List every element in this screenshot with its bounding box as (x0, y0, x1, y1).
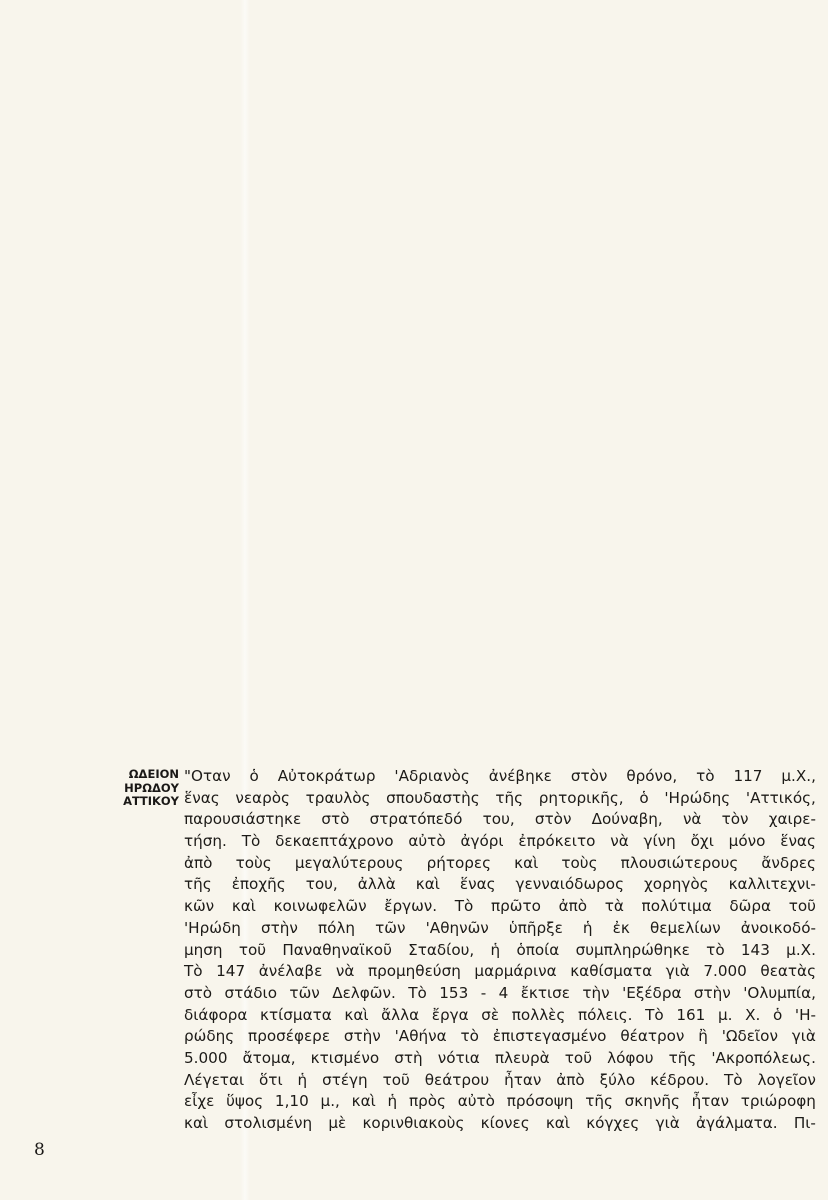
word: - (481, 983, 486, 1005)
word: καὶ (546, 1113, 570, 1135)
word: ἡ (388, 1091, 398, 1113)
word: νότια (438, 1048, 480, 1070)
word: τοῦ (789, 896, 816, 918)
word: σὲ (481, 1005, 499, 1027)
word: 147 (216, 961, 245, 983)
word: στὸν (571, 766, 608, 788)
text-line: διάφορακτίσματακαὶἄλλαἔργασὲπολλὲςπόλεις… (184, 1005, 816, 1027)
word: καλλιτεχνι- (729, 874, 816, 896)
word: ὕψος (226, 1091, 263, 1113)
word: γιὰ (666, 961, 690, 983)
word: 'Αθήνα (395, 1026, 447, 1048)
word: στὸ (321, 809, 349, 831)
word: τῆς (495, 788, 523, 810)
body-paragraph: "ΟτανὁΑὐτοκράτωρ'Αδριανὸςἀνέβηκεστὸνθρόν… (184, 766, 816, 1135)
text-line: καὶστολισμένημὲκορινθιακοὺςκίονεςκαὶκόγχ… (184, 1113, 816, 1135)
word: θεάτρου (425, 1070, 489, 1092)
word: ἄτομα, (243, 1048, 296, 1070)
text-line: 'Ηρώδηστὴνπόλητῶν'Αθηνῶνὑπῆρξεἡἐκθεμελίω… (184, 918, 816, 940)
word: πολλὲς (512, 1005, 566, 1027)
word: 4 (499, 983, 509, 1005)
word: ἀπὸ (559, 896, 587, 918)
word: τριώροφη (741, 1091, 816, 1113)
word: ἀγάλματα. (696, 1113, 778, 1135)
word: κτίσματα (260, 1005, 332, 1027)
word: ἡ (491, 940, 501, 962)
word: καὶ (344, 1005, 368, 1027)
word: ἕνας (460, 874, 496, 896)
word: κόγχες (586, 1113, 639, 1135)
text-line: παρουσιάστηκεστὸστρατόπεδότου,στὸνΔούναβ… (184, 809, 816, 831)
word: 'Εξέδρα (622, 983, 681, 1005)
word: τῶν (375, 918, 405, 940)
word: νὰ (683, 809, 702, 831)
word: πρὸς (409, 1091, 446, 1113)
word: ἐποχῆς (232, 874, 286, 896)
word: στολισμένη (224, 1113, 312, 1135)
word: Παναθηναϊκοῦ (282, 940, 392, 962)
word: λογεῖον (758, 1070, 816, 1092)
word: μηση (184, 940, 223, 962)
word: πρόσοψη (507, 1091, 574, 1113)
word: τὴν (582, 983, 609, 1005)
word: αὐτὸ (408, 831, 445, 853)
word: στὴ (394, 1048, 422, 1070)
word: τοῦ (565, 1048, 592, 1070)
word: διάφορα (184, 1005, 247, 1027)
word: μ.Χ. (786, 940, 816, 962)
section-heading: ΩΔΕΙΟΝ ΗΡΩΔΟΥ ΑΤΤΙΚΟΥ (100, 768, 179, 809)
text-line: μησητοῦΠαναθηναϊκοῦΣταδίου,ἡὁποίασυμπληρ… (184, 940, 816, 962)
word: ξύλο (600, 1070, 636, 1092)
word: ὁ (250, 766, 259, 788)
word: τήση. (184, 831, 227, 853)
page-number: 8 (34, 1140, 45, 1160)
word: τῆς (585, 1091, 613, 1113)
word: νεαρὸς (235, 788, 290, 810)
word: τῆς (184, 874, 212, 896)
word: δεκαεπτάχρονο (275, 831, 393, 853)
word: ἐπιστεγασμένο (493, 1026, 607, 1048)
word: στὴν (344, 1026, 381, 1048)
text-line: Τὸ147ἀνέλαβενὰπρομηθεύσημαρμάρινακαθίσμα… (184, 961, 816, 983)
word: εἶχε (184, 1091, 214, 1113)
word: σκηνῆς (625, 1091, 680, 1113)
word: μαρμάρινα (474, 961, 556, 983)
word: Τὸ (724, 1070, 743, 1092)
word: γίνη (644, 831, 676, 853)
word: τὸ (696, 766, 714, 788)
word: ἀπὸ (184, 853, 212, 875)
word: ἀνοικοδό- (741, 918, 816, 940)
word: 'Ολυμπία, (743, 983, 816, 1005)
word: καὶ (232, 896, 256, 918)
word: λόφου (607, 1048, 653, 1070)
word: στὸν (535, 809, 572, 831)
word: ἢ (698, 1026, 708, 1048)
text-line: τήση.Τὸδεκαεπτάχρονοαὐτὸἀγόριἐπρόκειτονὰ… (184, 831, 816, 853)
word: τραυλὸς (306, 788, 371, 810)
word: ἀνέλαβε (259, 961, 323, 983)
word: 5.000 (184, 1048, 227, 1070)
word: ἕνας (184, 788, 220, 810)
word: κῶν (184, 896, 214, 918)
word: προμηθεύση (368, 961, 461, 983)
word: του, (306, 874, 338, 896)
word: ρώδης (184, 1026, 234, 1048)
word: στάδιο (224, 983, 277, 1005)
word: 'Ωδεῖον (722, 1026, 778, 1048)
word: τῆς (669, 1048, 697, 1070)
word: Δούναβη, (592, 809, 663, 831)
word: πλουσιώτερους (621, 853, 739, 875)
word: μ. (718, 1005, 733, 1027)
word: Τὸ (455, 896, 474, 918)
word: κίονες (481, 1113, 530, 1135)
word: ὄχι (691, 831, 714, 853)
word: καθίσματα (570, 961, 652, 983)
word: 161 (676, 1005, 705, 1027)
word: Λέγεται (184, 1070, 244, 1092)
word: προσέφερε (248, 1026, 330, 1048)
word: τὸ (460, 1026, 478, 1048)
text-line: στὸστάδιοτῶνΔελφῶν.Τὸ153-4ἔκτισετὴν'Εξέδ… (184, 983, 816, 1005)
heading-line-3: ΑΤΤΙΚΟΥ (100, 795, 179, 809)
word: κοινωφελῶν (274, 896, 367, 918)
word: τῶν (289, 983, 319, 1005)
word: πρῶτο (491, 896, 541, 918)
word: ἄλλα (381, 1005, 419, 1027)
word: σπουδαστὴς (386, 788, 479, 810)
word: 'Ηρώδη (184, 918, 241, 940)
word: 1,10 (275, 1091, 309, 1113)
word: μόνο (729, 831, 766, 853)
word: ἡ (583, 918, 593, 940)
word: του, (483, 809, 515, 831)
word: ἀπὸ (556, 1070, 584, 1092)
text-line: 5.000ἄτομα,κτισμένοστὴνότιαπλευρὰτοῦλόφο… (184, 1048, 816, 1070)
word: ἀλλὰ (358, 874, 396, 896)
text-line: τῆςἐποχῆςτου,ἀλλὰκαὶἕναςγενναιόδωροςχορη… (184, 874, 816, 896)
word: χαιρε- (769, 809, 816, 831)
word: Χ. (745, 1005, 760, 1027)
word: τὸν (722, 809, 749, 831)
word: γενναιόδωρος (516, 874, 624, 896)
word: ἄνδρες (761, 853, 816, 875)
word: Τὸ (184, 961, 203, 983)
word: τὰ (605, 896, 624, 918)
word: καὶ (184, 1113, 208, 1135)
word: 'Αδριανὸς (394, 766, 469, 788)
word: ὁποία (516, 940, 559, 962)
text-line: ρώδηςπροσέφερεστὴν'Αθήνατὸἐπιστεγασμένοθ… (184, 1026, 816, 1048)
word: χορηγὸς (644, 874, 709, 896)
word: ἔργα (432, 1005, 469, 1027)
word: πόλη (318, 918, 355, 940)
word: τοῦ (383, 1070, 410, 1092)
word: ὁ (639, 788, 648, 810)
word: καὶ (514, 853, 538, 875)
word: μ., (321, 1091, 340, 1113)
word: μὲ (328, 1113, 346, 1135)
text-line: "ΟτανὁΑὐτοκράτωρ'Αδριανὸςἀνέβηκεστὸνθρόν… (184, 766, 816, 788)
word: μ.Χ., (781, 766, 816, 788)
word: ἐπρόκειτο (518, 831, 595, 853)
word: γιὰ (656, 1113, 680, 1135)
word: ἐκ (613, 918, 630, 940)
word: πλευρὰ (495, 1048, 550, 1070)
heading-line-2: ΗΡΩΔΟΥ (100, 782, 179, 796)
word: παρουσιάστηκε (184, 809, 301, 831)
text-line: κῶνκαὶκοινωφελῶνἔργων.Τὸπρῶτοἀπὸτὰπολύτι… (184, 896, 816, 918)
word: θεατὰς (760, 961, 816, 983)
word: Αὐτοκράτωρ (278, 766, 376, 788)
text-line: ἀπὸτοὺςμεγαλύτερουςρήτορεςκαὶτοὺςπλουσιώ… (184, 853, 816, 875)
word: θεμελίων (650, 918, 721, 940)
word: 143 (741, 940, 770, 962)
word: 117 (733, 766, 762, 788)
word: στὴν (261, 918, 298, 940)
word: Τὸ (645, 1005, 664, 1027)
word: αὐτὸ (458, 1091, 495, 1113)
word: 'Η- (795, 1005, 816, 1027)
word: 'Αθηνῶν (426, 918, 489, 940)
text-line: Λέγεταιὅτιἡστέγητοῦθεάτρουἦτανἀπὸξύλοκέδ… (184, 1070, 816, 1092)
word: καὶ (352, 1091, 376, 1113)
word: Τὸ (408, 983, 427, 1005)
word: 'Ακροπόλεως. (711, 1048, 816, 1070)
word: στέγη (322, 1070, 368, 1092)
word: καὶ (416, 874, 440, 896)
word: κτισμένο (311, 1048, 380, 1070)
word: πόλεις. (578, 1005, 633, 1027)
word: ἀνέβηκε (489, 766, 552, 788)
word: ἔκτισε (521, 983, 570, 1005)
text-line: εἶχεὕψος1,10μ.,καὶἡπρὸςαὐτὸπρόσοψητῆςσκη… (184, 1091, 816, 1113)
word: θέατρον (620, 1026, 684, 1048)
word: τοὺς (236, 853, 272, 875)
word: ρητορικῆς, (539, 788, 624, 810)
word: 153 (439, 983, 468, 1005)
word: ὅτι (259, 1070, 283, 1092)
word: δῶρα (729, 896, 771, 918)
word: στὴν (694, 983, 731, 1005)
word: ἀγόρι (460, 831, 503, 853)
word: τὸ (706, 940, 724, 962)
word: θρόνο, (626, 766, 677, 788)
word: ὑπῆρξε (509, 918, 563, 940)
word: ἕνας (780, 831, 816, 853)
word: νὰ (336, 961, 355, 983)
word: νὰ (610, 831, 629, 853)
word: ἦταν (692, 1091, 729, 1113)
word: κέδρου. (650, 1070, 709, 1092)
word: πολύτιμα (642, 896, 712, 918)
word: κορινθιακοὺς (362, 1113, 464, 1135)
word: γιὰ (792, 1026, 816, 1048)
word: 'Ηρώδης (664, 788, 730, 810)
word: ρήτορες (427, 853, 491, 875)
word: ἡ (298, 1070, 308, 1092)
word: τοὺς (561, 853, 597, 875)
word: Τὸ (242, 831, 261, 853)
heading-line-1: ΩΔΕΙΟΝ (100, 768, 179, 782)
word: συμπληρώθηκε (576, 940, 690, 962)
word: 7.000 (703, 961, 746, 983)
word: Δελφῶν. (332, 983, 396, 1005)
word: Πι- (794, 1113, 816, 1135)
word: ἔργων. (384, 896, 437, 918)
word: 'Αττικός, (746, 788, 816, 810)
word: "Οταν (184, 766, 231, 788)
word: μεγαλύτερους (295, 853, 404, 875)
word: ἦταν (504, 1070, 541, 1092)
word: Σταδίου, (408, 940, 474, 962)
word: στὸ (184, 983, 212, 1005)
word: ὁ (773, 1005, 782, 1027)
word: στρατόπεδό (370, 809, 463, 831)
text-line: ἕναςνεαρὸςτραυλὸςσπουδαστὴςτῆςρητορικῆς,… (184, 788, 816, 810)
word: τοῦ (239, 940, 266, 962)
